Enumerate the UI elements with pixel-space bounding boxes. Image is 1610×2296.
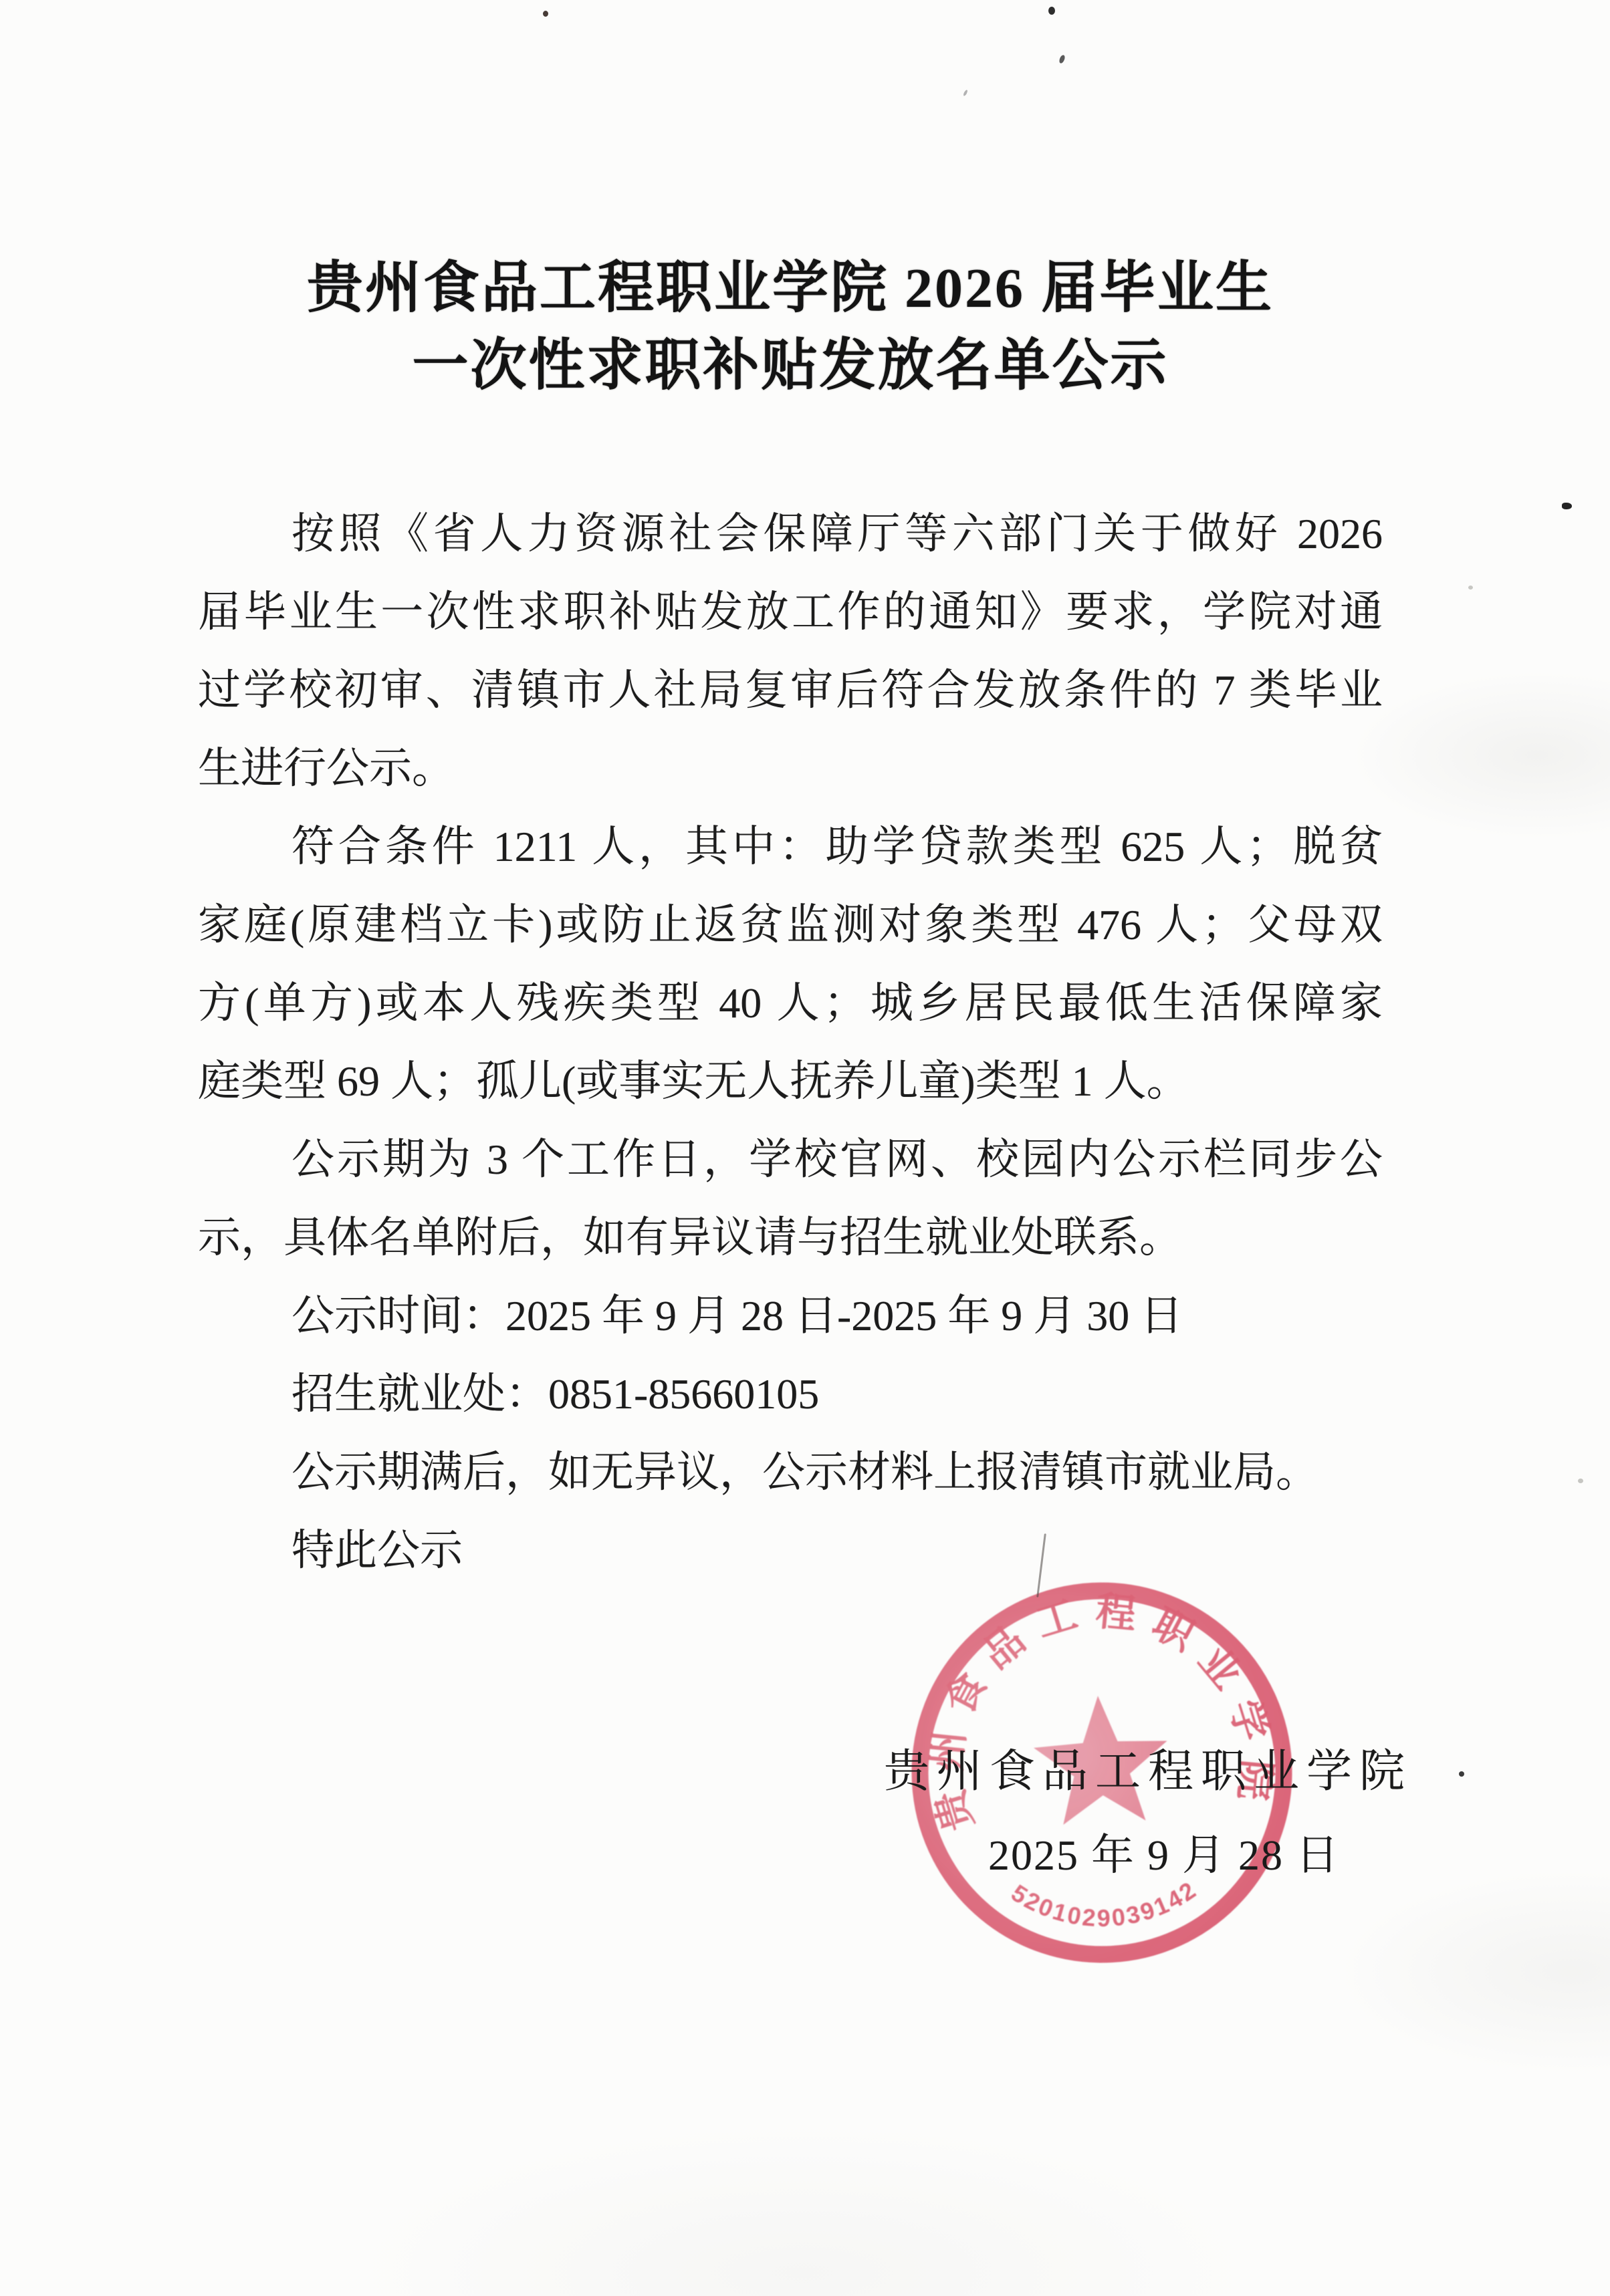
body-line: 招生就业处：0851-85660105 (198, 1355, 1383, 1433)
signature-organization: 贵州食品工程职业学院 (884, 1743, 1412, 1799)
body-line: 公示时间：2025 年 9 月 28 日-2025 年 9 月 30 日 (198, 1277, 1383, 1355)
scan-speck (1468, 586, 1473, 590)
signature-date: 2025 年 9 月 28 日 (988, 1829, 1340, 1882)
body-line: 符合条件 1211 人，其中：助学贷款类型 625 人；脱贫 (198, 807, 1383, 886)
document-title-line2: 一次性求职补贴发放名单公示 (198, 328, 1383, 405)
document-title: 贵州食品工程职业学院 2026 届毕业生 一次性求职补贴发放名单公示 (198, 250, 1383, 405)
body-line: 公示期满后，如无异议，公示材料上报清镇市就业局。 (198, 1433, 1383, 1511)
body-line: 示，具体名单附后，如有异议请与招生就业处联系。 (198, 1198, 1383, 1277)
body-line: 生进行公示。 (198, 729, 1383, 807)
body-line: 按照《省人力资源社会保障厅等六部门关于做好 2026 (198, 495, 1383, 573)
body-line: 庭类型 69 人；孤儿(或事实无人抚养儿童)类型 1 人。 (198, 1042, 1383, 1120)
scan-speck (1459, 1771, 1464, 1777)
scan-speck (1048, 7, 1055, 15)
body-line: 公示期为 3 个工作日，学校官网、校园内公示栏同步公 (198, 1120, 1383, 1198)
body-line: 届毕业生一次性求职补贴发放工作的通知》要求，学院对通 (198, 573, 1383, 651)
body-line: 家庭(原建档立卡)或防止返贫监测对象类型 476 人；父母双 (198, 886, 1383, 964)
body-line: 特此公示 (198, 1511, 1383, 1589)
scan-speck (543, 11, 548, 17)
document-body: 按照《省人力资源社会保障厅等六部门关于做好 2026 届毕业生一次性求职补贴发放… (198, 495, 1383, 1589)
document-title-line1: 贵州食品工程职业学院 2026 届毕业生 (198, 250, 1383, 328)
body-line: 方(单方)或本人残疾类型 40 人；城乡居民最低生活保障家 (198, 964, 1383, 1042)
scan-speck (963, 90, 968, 97)
scanned-document-page: 贵州食品工程职业学院 2026 届毕业生 一次性求职补贴发放名单公示 按照《省人… (0, 0, 1610, 2296)
scan-speck (1562, 503, 1572, 509)
body-line: 过学校初审、清镇市人社局复审后符合发放条件的 7 类毕业 (198, 651, 1383, 729)
scan-speck (1058, 54, 1066, 64)
scan-speck (1578, 1479, 1583, 1483)
